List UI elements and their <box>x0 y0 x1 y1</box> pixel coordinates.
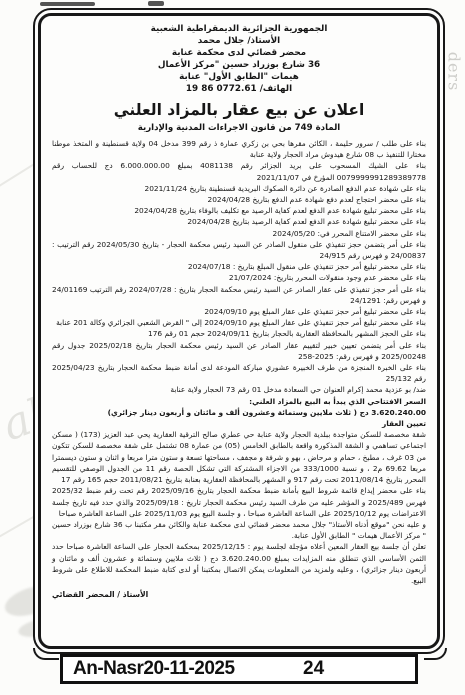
paragraph: بناء على أمر يتضمن تعيين خبير لتقييم عقا… <box>52 340 426 362</box>
header-officer-name: الأستاذ/ جلال محمد <box>52 35 426 47</box>
paragraph: بناء على أمر حجز تنفيذي على عقار الصادر … <box>52 284 426 306</box>
page-number: 24 <box>303 658 324 680</box>
paragraph: بناء على محضر الامتناع المحرر في: 2024/0… <box>52 228 426 239</box>
document-border-frame: الجمهورية الجزائرية الديمقراطية الشعبية … <box>33 8 445 654</box>
header-officer-title: محضر قضائي لدى محكمة عنابة <box>52 47 426 59</box>
paragraph: ضد/ بو عزدية محمد إكرام العنوان حي السعا… <box>52 384 426 395</box>
document-content: الجمهورية الجزائرية الديمقراطية الشعبية … <box>38 13 440 649</box>
paragraph: 3.620.240.00 دج ( ثلاث ملايين وستمائة وع… <box>52 407 426 418</box>
paragraph: و عليه نحن "موقع أدناه الأستاذ" جلال محم… <box>52 519 426 541</box>
paragraph: شقة مخصصة للسكن متواجدة ببلدية الحجار ول… <box>52 429 426 485</box>
paragraph: بناء على الحجز المشهر بالمحافظة العقارية… <box>52 328 426 339</box>
document-subtitle: المادة 749 من قانون الاجراءات المدنية وا… <box>52 123 426 133</box>
paragraph: بناء على محضر تبليغ أمر حجز تنفيذي على ع… <box>52 306 426 317</box>
paragraph: بناء على أمر يتضمن حجز تنفيذي على منقول … <box>52 239 426 261</box>
paragraph: تعيين العقار <box>52 418 426 429</box>
paragraph: بناء على الخبرة المنجزة من طرف الخبيرة ع… <box>52 362 426 384</box>
document-header: الجمهورية الجزائرية الديمقراطية الشعبية … <box>52 23 426 95</box>
right-edge-watermark: ders <box>445 52 464 92</box>
frame-bottom-left-corner <box>33 648 59 660</box>
paragraph: بناء على طلب / سرور حليمة ، الكائن مقرها… <box>52 138 426 160</box>
newspaper-name-date: An-Nasr20-11-2025 <box>63 658 235 680</box>
scan-smudge <box>148 1 164 6</box>
paragraph: بناء على محضر إيداع قائمة شروط البيع بأم… <box>52 485 426 519</box>
header-address-line2: هيمات "الطابق الأول" عنابة <box>52 71 426 83</box>
document-title: اعلان عن بيع عقار بالمزاد العلني <box>52 101 426 119</box>
paragraph: بناء على شهادة عدم الدفع الصادرة عن دائر… <box>52 183 426 194</box>
header-republic-line: الجمهورية الجزائرية الديمقراطية الشعبية <box>52 23 426 35</box>
paragraph: بناء على محضر عدم وجود منقولات المحرر بت… <box>52 272 426 283</box>
scan-smudge <box>40 2 95 6</box>
paragraph: السعر الافتتاحي الذي يبدأ به البيع بالمز… <box>52 396 426 407</box>
paragraph: بناء على محضر تبليغ شهادة عدم الدفع لعدم… <box>52 205 426 216</box>
paragraph: بناء على الشيك المسحوب على بريد الجزائر … <box>52 160 426 182</box>
scanned-page: ders alla الجمهورية الجزائرية الديمقراطي… <box>0 0 465 695</box>
paragraph: تعلن أن جلسة بيع العقار المعين أعلاه مؤج… <box>52 541 426 586</box>
document-body: بناء على طلب / سرور حليمة ، الكائن مقرها… <box>52 138 426 586</box>
signature-line: الأستاذ / المحضر القضائي <box>52 590 426 599</box>
newspaper-footer-strip: An-Nasr20-11-2025 24 <box>60 654 418 684</box>
frame-bottom-right-corner <box>424 648 447 660</box>
paragraph: بناء على محضر احتجاج لعدم دفع شهادة عدم … <box>52 194 426 205</box>
paragraph: بناء على محضر تبليغ شهادة عدم الدفع لعدم… <box>52 216 426 227</box>
header-phone: الهاتف/ 0772.61 86 19 <box>52 83 426 95</box>
paragraph: بناء على محضر تبليغ أمر حجز تنفيذي على ع… <box>52 317 426 328</box>
header-address-line1: 36 شارع بوزراد حسين "مركز الأعمال <box>52 59 426 71</box>
paragraph: بناء على محضر تبليغ أمر حجز تنفيذي على م… <box>52 261 426 272</box>
